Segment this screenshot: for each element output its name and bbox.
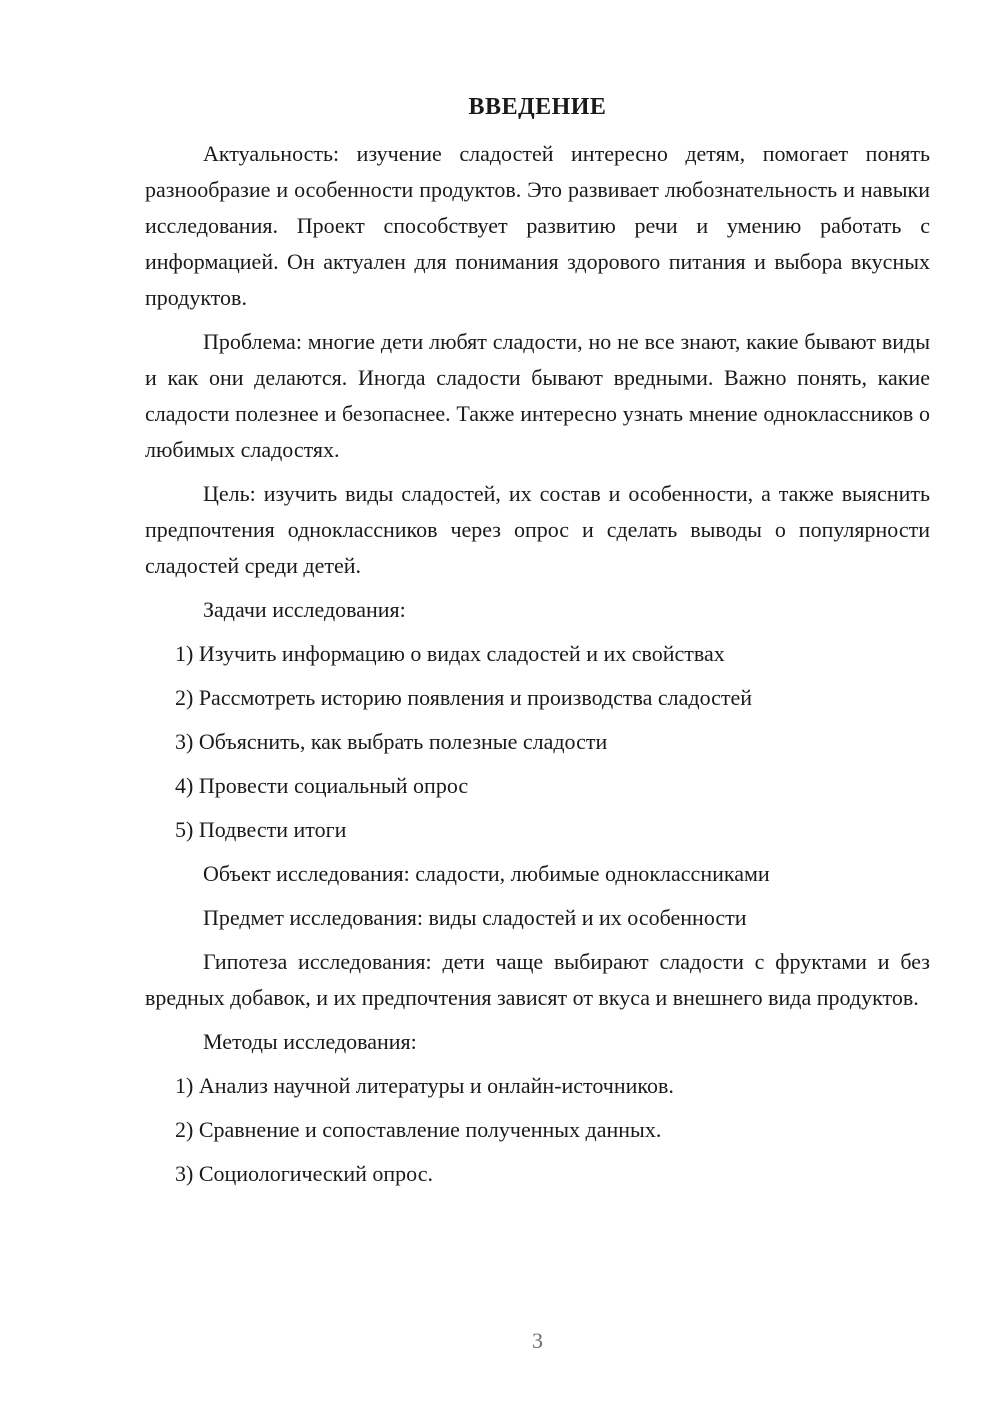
paragraph-object: Объект исследования: сладости, любимые о… — [145, 856, 930, 892]
page-content: ВВЕДЕНИЕ Актуальность: изучение сладосте… — [0, 94, 1000, 1192]
task-item-2: 2) Рассмотреть историю появления и произ… — [145, 680, 930, 716]
methods-heading: Методы исследования: — [145, 1024, 930, 1060]
task-item-1: 1) Изучить информацию о видах сладостей … — [145, 636, 930, 672]
task-item-3: 3) Объяснить, как выбрать полезные сладо… — [145, 724, 930, 760]
paragraph-goal: Цель: изучить виды сладостей, их состав … — [145, 476, 930, 584]
task-item-5: 5) Подвести итоги — [145, 812, 930, 848]
paragraph-relevance: Актуальность: изучение сладостей интерес… — [145, 136, 930, 316]
method-item-1: 1) Анализ научной литературы и онлайн-ис… — [145, 1068, 930, 1104]
paragraph-hypothesis: Гипотеза исследования: дети чаще выбираю… — [145, 944, 930, 1016]
task-item-4: 4) Провести социальный опрос — [145, 768, 930, 804]
tasks-heading: Задачи исследования: — [145, 592, 930, 628]
method-item-2: 2) Сравнение и сопоставление полученных … — [145, 1112, 930, 1148]
paragraph-subject: Предмет исследования: виды сладостей и и… — [145, 900, 930, 936]
page-number: 3 — [145, 1328, 930, 1354]
page-title: ВВЕДЕНИЕ — [145, 94, 930, 120]
method-item-3: 3) Социологический опрос. — [145, 1156, 930, 1192]
document-page: ВВЕДЕНИЕ Актуальность: изучение сладосте… — [0, 0, 1000, 1414]
paragraph-problem: Проблема: многие дети любят сладости, но… — [145, 324, 930, 468]
